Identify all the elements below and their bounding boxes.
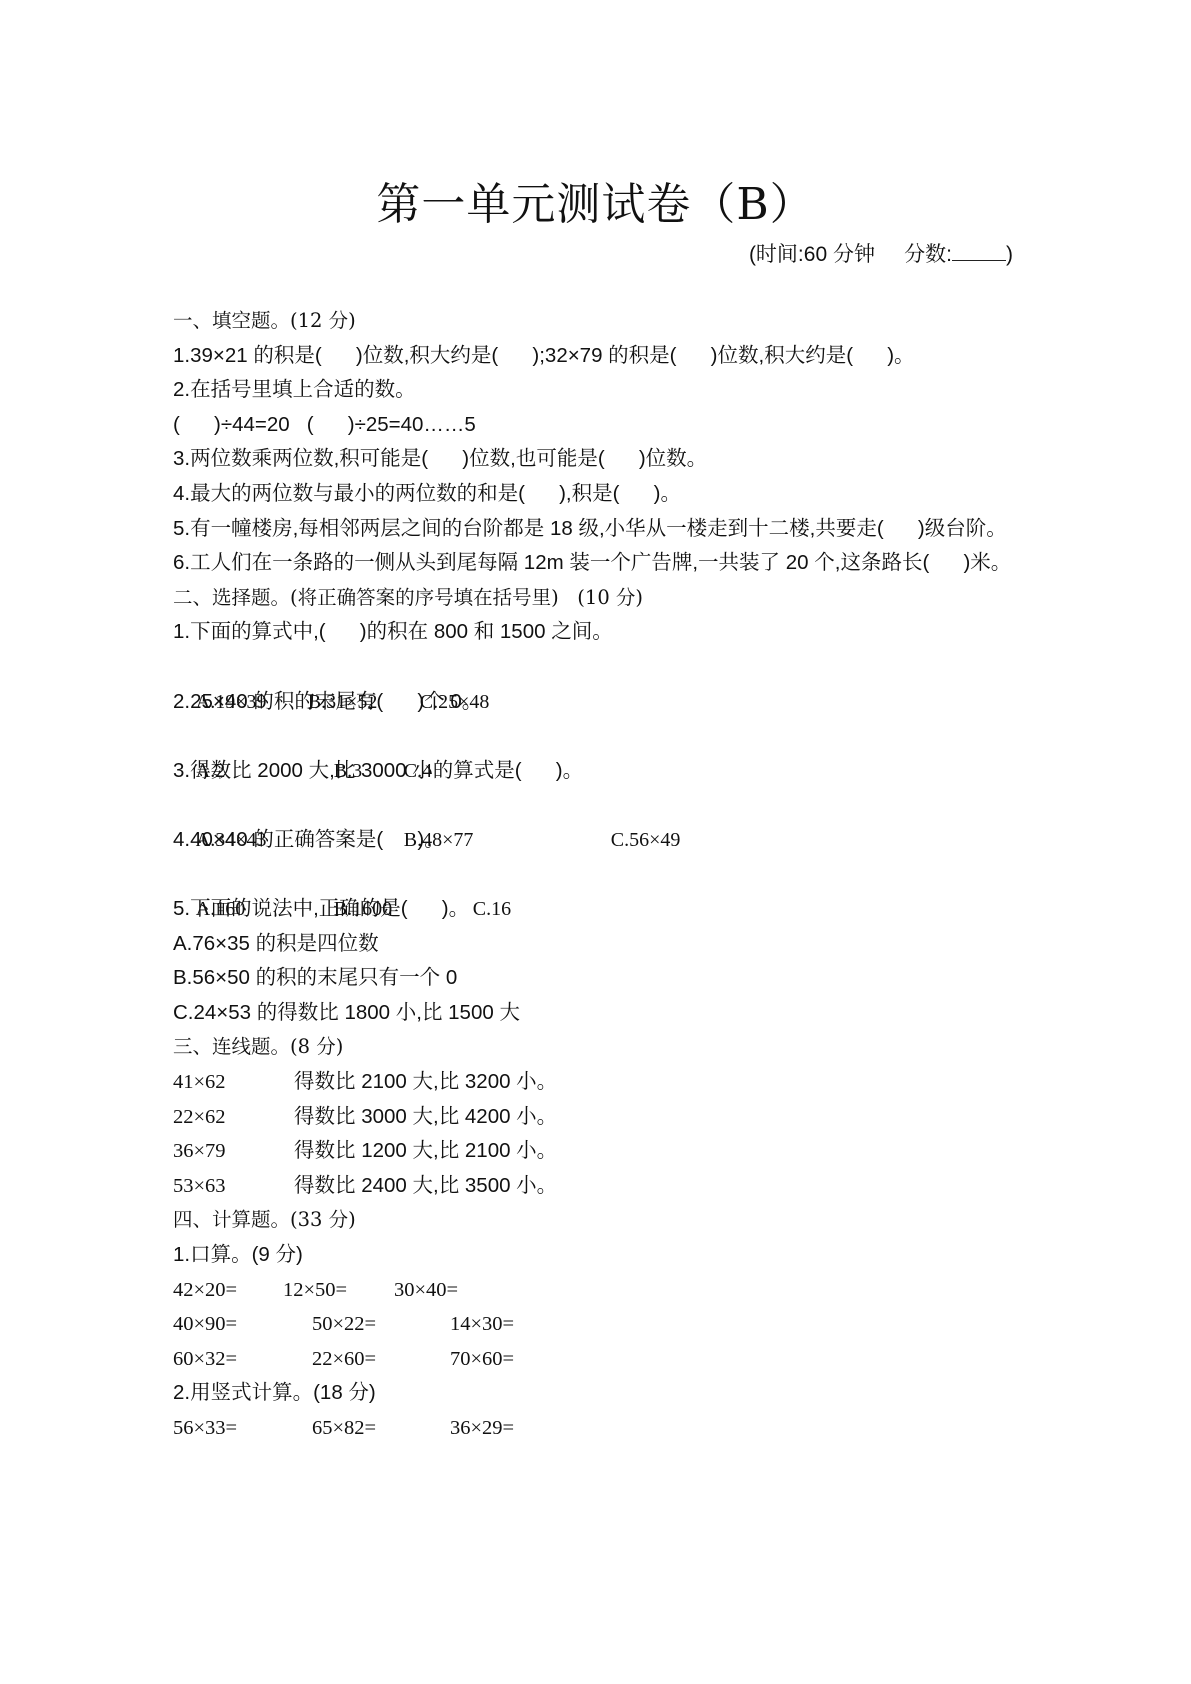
s2-q5-option-b: B.56×50 的积的末尾只有一个 0: [173, 961, 1073, 996]
match-left[interactable]: 53×63: [173, 1169, 294, 1204]
exam-meta: (时间:60 分钟 分数:): [749, 238, 1013, 268]
s2-question-1: 1.下面的算式中,( )的积在 800 和 1500 之间。: [173, 615, 1073, 650]
section-3-heading: 三、连线题。(8 分): [173, 1030, 1073, 1065]
s1-question-6: 6.工人们在一条路的一侧从头到尾每隔 12m 装一个广告牌,一共装了 20 个,…: [173, 546, 1073, 581]
match-right[interactable]: 得数比 2100 大,比 3200 小。: [294, 1065, 557, 1100]
calc-item: 50×22=: [312, 1307, 450, 1342]
match-row[interactable]: 22×62 得数比 3000 大,比 4200 小。: [173, 1100, 1073, 1135]
s2-question-3: 3.得数比 2000 大,比 3000 小的算式是( )。: [173, 754, 1073, 789]
s2-q4-options: A.160B.1600C.16: [173, 858, 1073, 893]
s2-question-2: 2.25×40 的积的末尾有( )个 0。: [173, 685, 1073, 720]
page-title: 第一单元测试卷（B）: [0, 168, 1191, 232]
calc-item: 14×30=: [450, 1307, 514, 1342]
s4-sub1-label: 1.口算。(9 分): [173, 1238, 1073, 1273]
s4-sub2-label: 2.用竖式计算。(18 分): [173, 1376, 1073, 1411]
match-left[interactable]: 22×62: [173, 1100, 294, 1135]
s2-q1-options: A.19×39B.31×52C.25×48: [173, 650, 1073, 685]
s2-q3-options: A.34×43B.48×77C.56×49: [173, 788, 1073, 823]
calc-item: 42×20=: [173, 1273, 283, 1308]
section-4-heading: 四、计算题。(33 分): [173, 1203, 1073, 1238]
oral-calc-row: 60×32= 22×60= 70×60=: [173, 1342, 1073, 1377]
exam-content: 一、填空题。(12 分) 1.39×21 的积是( )位数,积大约是( );32…: [173, 304, 1073, 1446]
oral-calc-row: 42×20= 12×50= 30×40=: [173, 1273, 1073, 1308]
option-c: C.56×49: [611, 823, 681, 858]
calc-item: 30×40=: [394, 1273, 458, 1308]
option-c: C.16: [473, 892, 511, 927]
s1-question-2: 2.在括号里填上合适的数。: [173, 373, 1073, 408]
s1-question-3: 3.两位数乘两位数,积可能是( )位数,也可能是( )位数。: [173, 442, 1073, 477]
match-row[interactable]: 41×62 得数比 2100 大,比 3200 小。: [173, 1065, 1073, 1100]
section-1-heading: 一、填空题。(12 分): [173, 304, 1073, 339]
section-2-heading: 二、选择题。(将正确答案的序号填在括号里) (10 分): [173, 581, 1073, 616]
s1-question-5: 5.有一幢楼房,每相邻两层之间的台阶都是 18 级,小华从一楼走到十二楼,共要走…: [173, 512, 1073, 547]
match-right[interactable]: 得数比 2400 大,比 3500 小。: [294, 1169, 557, 1204]
s2-q5-option-a: A.76×35 的积是四位数: [173, 927, 1073, 962]
calc-item: 12×50=: [283, 1273, 394, 1308]
calc-item: 60×32=: [173, 1342, 312, 1377]
calc-item: 70×60=: [450, 1342, 514, 1377]
match-left[interactable]: 41×62: [173, 1065, 294, 1100]
match-right[interactable]: 得数比 1200 大,比 2100 小。: [294, 1134, 557, 1169]
calc-item: 40×90=: [173, 1307, 312, 1342]
s2-q2-options: A.2B.3C.4: [173, 719, 1073, 754]
calc-item: 22×60=: [312, 1342, 450, 1377]
oral-calc-row: 40×90= 50×22= 14×30=: [173, 1307, 1073, 1342]
time-label: (时间:60 分钟: [749, 243, 875, 266]
s1-question-2-items: ( )÷44=20 ( )÷25=40……5: [173, 408, 1073, 443]
s1-question-1: 1.39×21 的积是( )位数,积大约是( );32×79 的积是( )位数,…: [173, 339, 1073, 374]
match-row[interactable]: 36×79 得数比 1200 大,比 2100 小。: [173, 1134, 1073, 1169]
calc-item: 56×33=: [173, 1411, 312, 1446]
match-row[interactable]: 53×63 得数比 2400 大,比 3500 小。: [173, 1169, 1073, 1204]
match-right[interactable]: 得数比 3000 大,比 4200 小。: [294, 1100, 557, 1135]
vertical-calc-row: 56×33= 65×82= 36×29=: [173, 1411, 1073, 1446]
score-blank[interactable]: [952, 242, 1006, 261]
score-close: ): [1006, 243, 1013, 266]
s2-question-5: 5.下面的说法中,正确的是( )。: [173, 892, 1073, 927]
calc-item: 65×82=: [312, 1411, 450, 1446]
s1-question-4: 4.最大的两位数与最小的两位数的和是( ),积是( )。: [173, 477, 1073, 512]
s2-q5-option-c: C.24×53 的得数比 1800 小,比 1500 大: [173, 996, 1073, 1031]
match-left[interactable]: 36×79: [173, 1134, 294, 1169]
calc-item: 36×29=: [450, 1411, 514, 1446]
score-label: 分数:: [904, 243, 952, 266]
